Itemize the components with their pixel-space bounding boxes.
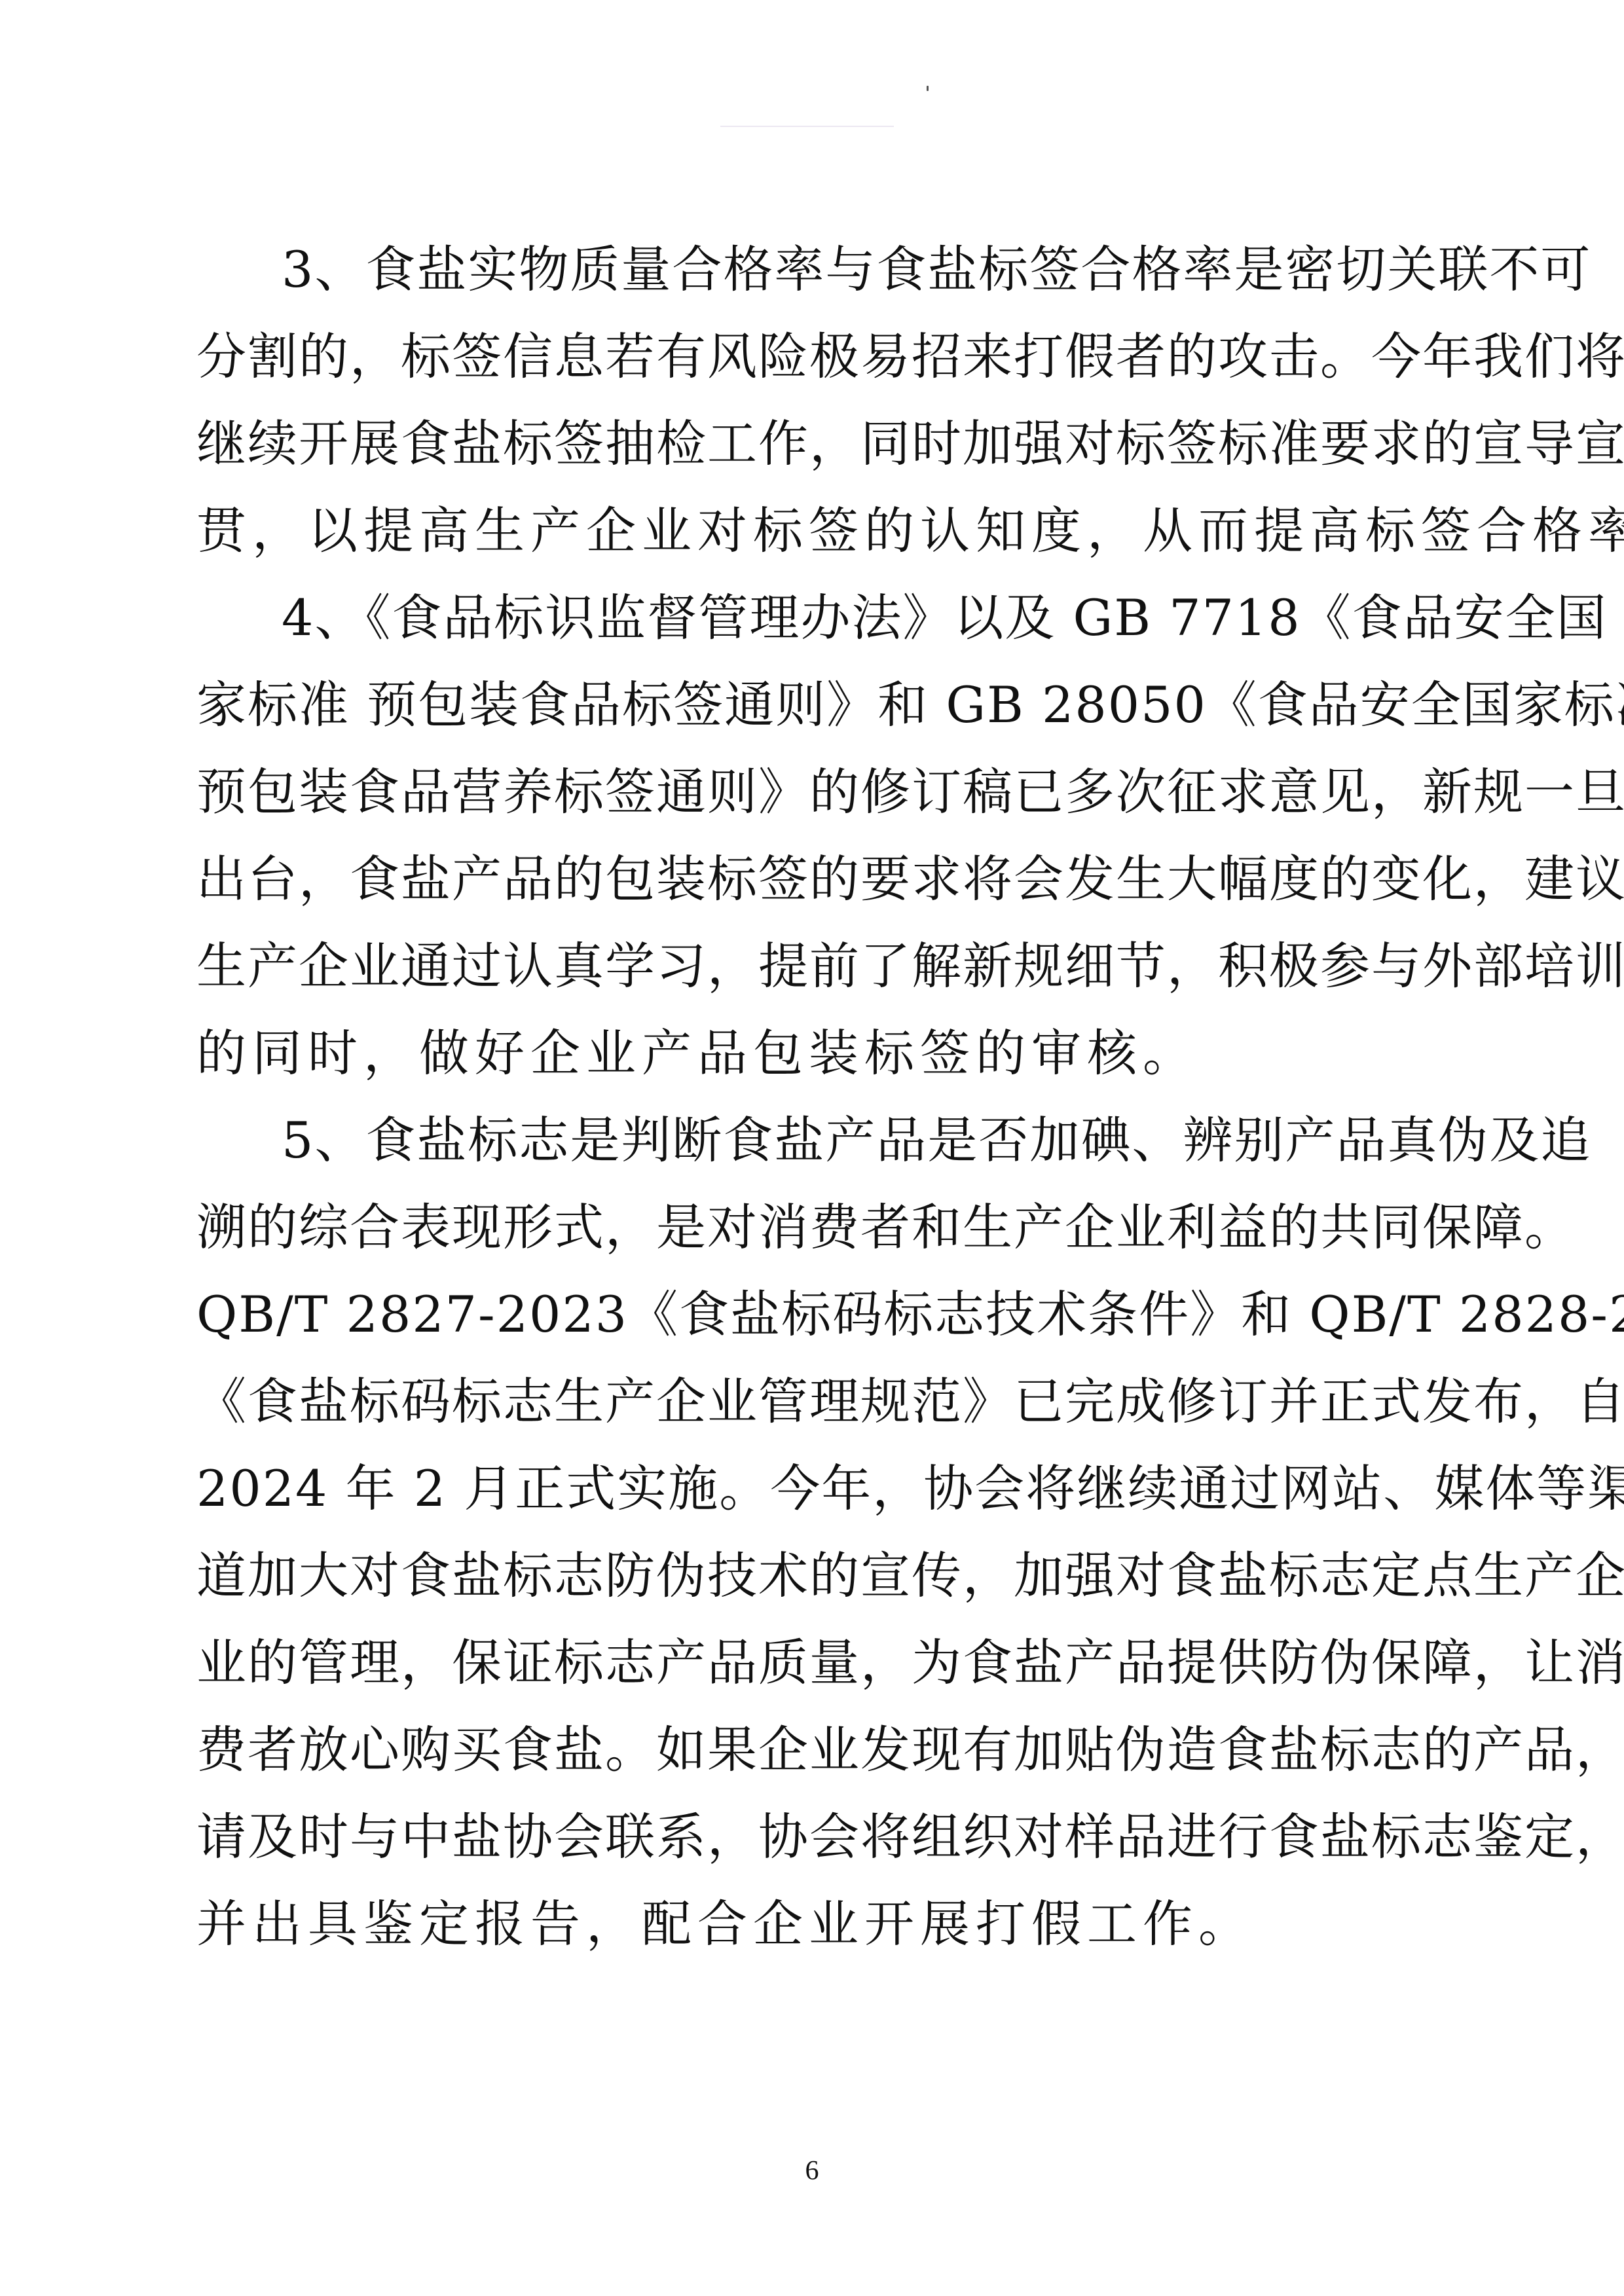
paragraph-line: 2024 年 2 月正式实施。今年，协会将继续通过网站、媒体等渠 <box>196 1445 1424 1532</box>
paragraph-line: 贯，以提高生产企业对标签的认知度，从而提高标签合格率。 <box>196 487 1424 574</box>
document-body: 3、食盐实物质量合格率与食盐标签合格率是密切关联不可 分割的，标签信息若有风险极… <box>196 226 1424 1967</box>
paragraph-line: QB/T 2827-2023《食盐标码标志技术条件》和 QB/T 2828-20… <box>196 1271 1424 1358</box>
paragraph-line: 分割的，标签信息若有风险极易招来打假者的攻击。今年我们将 <box>196 313 1424 400</box>
scan-artifact <box>927 86 929 91</box>
paragraph-line: 4、《食品标识监督管理办法》以及 GB 7718《食品安全国 <box>196 574 1424 661</box>
paragraph-line: 3、食盐实物质量合格率与食盐标签合格率是密切关联不可 <box>196 226 1424 313</box>
paragraph-item-4: 4、《食品标识监督管理办法》以及 GB 7718《食品安全国 家标准 预包装食品… <box>196 574 1424 1097</box>
paragraph-line: 《食盐标码标志生产企业管理规范》已完成修订并正式发布，自 <box>196 1358 1424 1445</box>
paragraph-line: 溯的综合表现形式，是对消费者和生产企业利益的共同保障。 <box>196 1184 1424 1271</box>
paragraph-line: 5、食盐标志是判断食盐产品是否加碘、辨别产品真伪及追 <box>196 1097 1424 1184</box>
paragraph-line: 并出具鉴定报告，配合企业开展打假工作。 <box>196 1880 1424 1967</box>
paragraph-line: 道加大对食盐标志防伪技术的宣传，加强对食盐标志定点生产企 <box>196 1532 1424 1619</box>
paragraph-line: 家标准 预包装食品标签通则》和 GB 28050《食品安全国家标准 <box>196 661 1424 748</box>
paragraph-line: 预包装食品营养标签通则》的修订稿已多次征求意见，新规一旦 <box>196 748 1424 835</box>
paragraph-line: 业的管理，保证标志产品质量，为食盐产品提供防伪保障，让消 <box>196 1619 1424 1706</box>
paragraph-item-3: 3、食盐实物质量合格率与食盐标签合格率是密切关联不可 分割的，标签信息若有风险极… <box>196 226 1424 574</box>
paragraph-line: 的同时，做好企业产品包装标签的审核。 <box>196 1010 1424 1097</box>
paragraph-line: 出台，食盐产品的包装标签的要求将会发生大幅度的变化，建议 <box>196 835 1424 922</box>
paragraph-line: 继续开展食盐标签抽检工作，同时加强对标签标准要求的宣导宣 <box>196 400 1424 487</box>
page-number: 6 <box>0 2155 1624 2187</box>
paragraph-item-5: 5、食盐标志是判断食盐产品是否加碘、辨别产品真伪及追 溯的综合表现形式，是对消费… <box>196 1097 1424 1967</box>
paragraph-line: 生产企业通过认真学习，提前了解新规细节，积极参与外部培训 <box>196 922 1424 1010</box>
header-rule <box>720 126 894 127</box>
paragraph-line: 费者放心购买食盐。如果企业发现有加贴伪造食盐标志的产品， <box>196 1706 1424 1793</box>
paragraph-line: 请及时与中盐协会联系，协会将组织对样品进行食盐标志鉴定， <box>196 1793 1424 1880</box>
